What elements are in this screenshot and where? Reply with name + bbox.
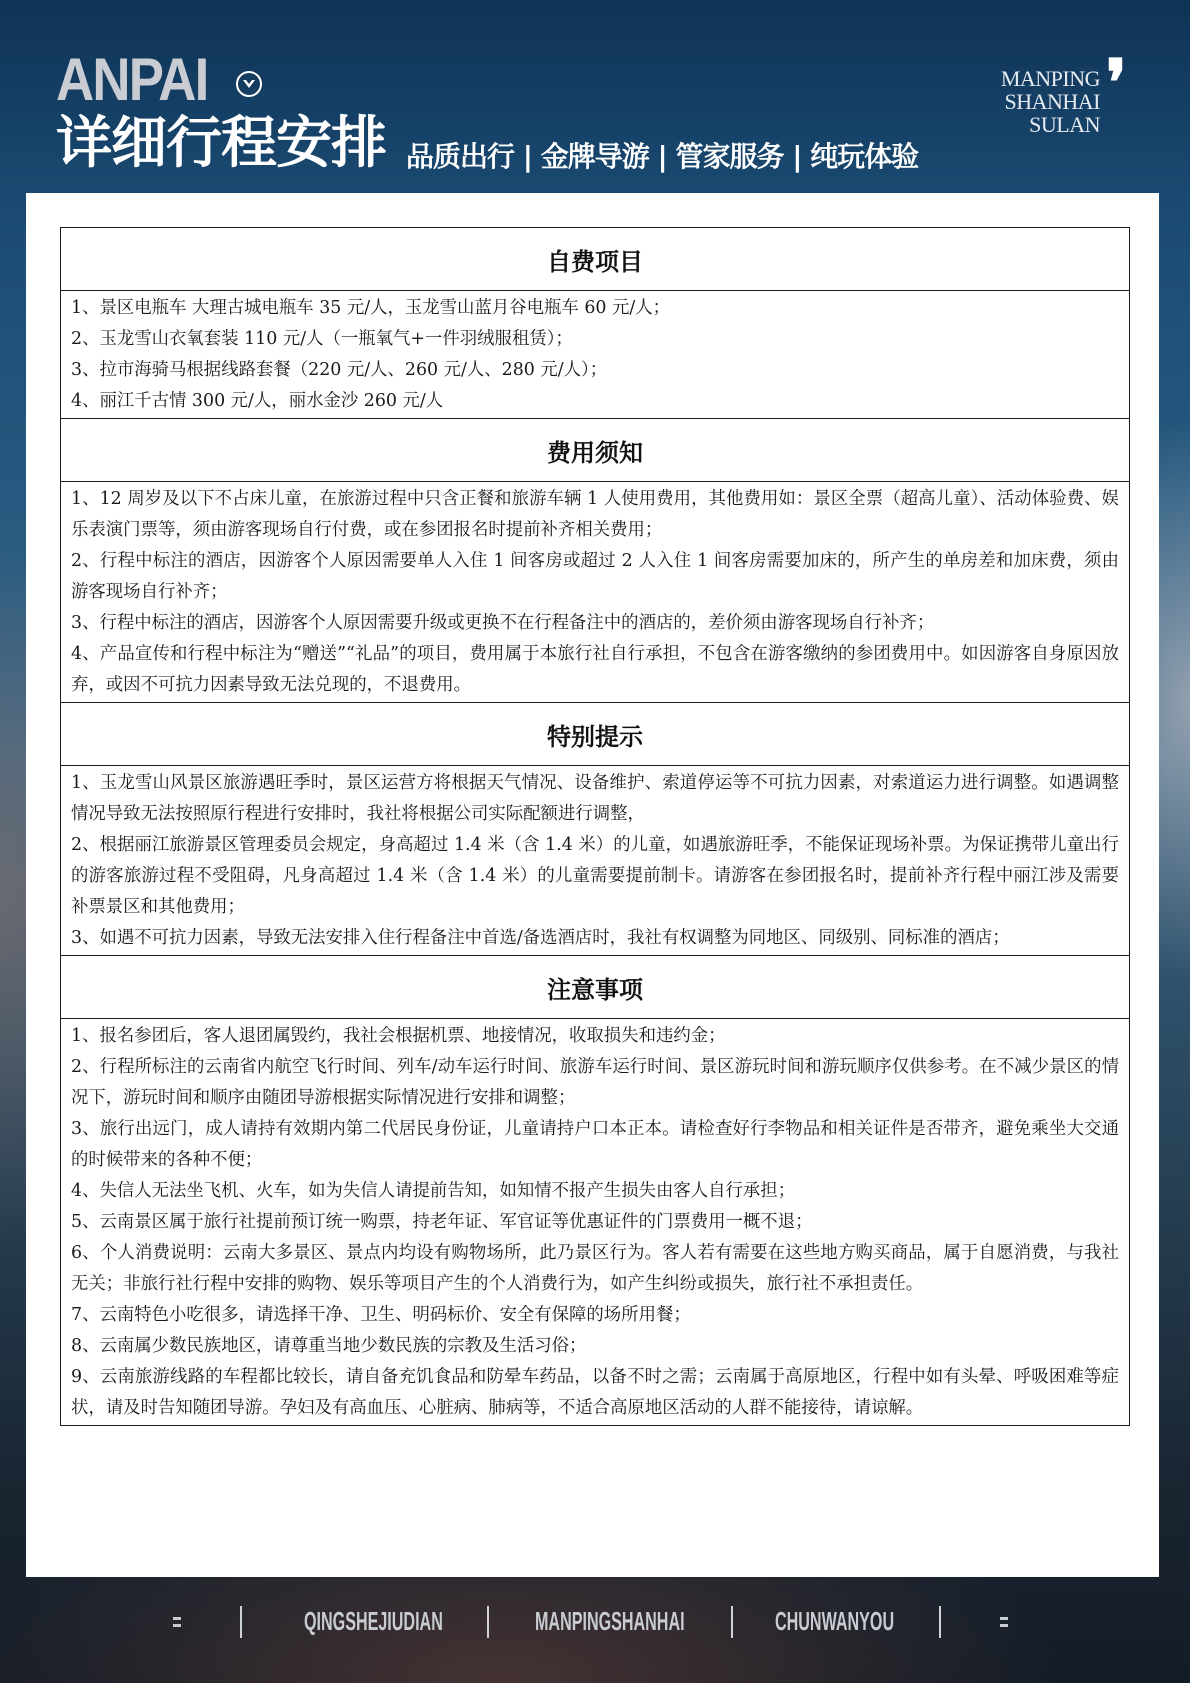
divider [240,1606,242,1638]
side-logo-line: MANPING [1001,67,1100,90]
brand-en: ANPAI [56,52,208,108]
divider [731,1606,733,1638]
section-body-self-paid: 1、景区电瓶车 大理古城电瓶车 35 元/人，玉龙雪山蓝月谷电瓶车 60 元/人… [61,291,1129,419]
section-title-precautions: 注意事项 [61,956,1129,1019]
list-item: 2、行程所标注的云南省内航空飞行时间、列车/动车运行时间、旅游车运行时间、景区游… [71,1052,1119,1114]
footer-item: MANPINGSHANHAI [535,1606,685,1636]
section-title-self-paid: 自费项目 [61,228,1129,291]
list-item: 4、失信人无法坐飞机、火车，如为失信人请提前告知，如知情不报产生损失由客人自行承… [71,1176,1119,1207]
side-logo-line: SULAN [1001,113,1100,136]
section-body-precautions: 1、报名参团后，客人退团属毁约，我社会根据机票、地接情况，收取损失和违约金； 2… [61,1019,1129,1425]
divider [487,1606,489,1638]
tagline: 品质出行 | 金牌导游 | 管家服务 | 纯玩体验 [406,140,918,174]
equals-icon [1000,1617,1008,1627]
list-item: 1、12 周岁及以下不占床儿童，在旅游过程中只含正餐和旅游车辆 1 人使用费用，… [71,484,1119,546]
list-item: 3、拉市海骑马根据线路套餐（220 元/人、260 元/人、280 元/人）； [71,355,1119,386]
list-item: 4、丽江千古情 300 元/人，丽水金沙 260 元/人 [71,386,1119,417]
list-item: 7、云南特色小吃很多，请选择干净、卫生、明码标价、安全有保障的场所用餐； [71,1300,1119,1331]
section-title-fee-notice: 费用须知 [61,419,1129,482]
section-body-fee-notice: 1、12 周岁及以下不占床儿童，在旅游过程中只含正餐和旅游车辆 1 人使用费用，… [61,482,1129,703]
list-item: 6、个人消费说明：云南大多景区、景点内均设有购物场所，此乃景区行为。客人若有需要… [71,1238,1119,1300]
footer-item: CHUNWANYOU [775,1606,894,1636]
footer-item: QINGSHEJIUDIAN [304,1606,443,1636]
list-item: 5、云南景区属于旅行社提前预订统一购票，持老年证、军官证等优惠证件的门票费用一概… [71,1207,1119,1238]
list-item: 1、玉龙雪山风景区旅游遇旺季时，景区运营方将根据天气情况、设备维护、索道停运等不… [71,768,1119,830]
side-logo-line: SHANHAI [1001,90,1100,113]
page-title: 详细行程安排 [56,112,386,176]
list-item: 3、如遇不可抗力因素，导致无法安排入住行程备注中首选/备选酒店时，我社有权调整为… [71,923,1119,954]
info-table: 自费项目 1、景区电瓶车 大理古城电瓶车 35 元/人，玉龙雪山蓝月谷电瓶车 6… [60,227,1130,1426]
document-paper: 自费项目 1、景区电瓶车 大理古城电瓶车 35 元/人，玉龙雪山蓝月谷电瓶车 6… [26,193,1159,1577]
list-item: 4、产品宣传和行程中标注为“赠送”“礼品”的项目，费用属于本旅行社自行承担，不包… [71,639,1119,701]
section-body-special-tips: 1、玉龙雪山风景区旅游遇旺季时，景区运营方将根据天气情况、设备维护、索道停运等不… [61,766,1129,956]
list-item: 3、行程中标注的酒店，因游客个人原因需要升级或更换不在行程备注中的酒店的，差价须… [71,608,1119,639]
list-item: 2、玉龙雪山衣氧套装 110 元/人（一瓶氧气+一件羽绒服租赁）； [71,324,1119,355]
list-item: 8、云南属少数民族地区，请尊重当地少数民族的宗教及生活习俗； [71,1331,1119,1362]
section-title-special-tips: 特别提示 [61,703,1129,766]
list-item: 9、云南旅游线路的车程都比较长，请自备充饥食品和防晕车药品，以备不时之需；云南属… [71,1362,1119,1424]
header: ANPAI 详细行程安排 品质出行 | 金牌导游 | 管家服务 | 纯玩体验 M… [0,0,1190,192]
comma-mark-icon: ❜ [1106,52,1127,116]
list-item: 1、报名参团后，客人退团属毁约，我社会根据机票、地接情况，收取损失和违约金； [71,1021,1119,1052]
list-item: 1、景区电瓶车 大理古城电瓶车 35 元/人，玉龙雪山蓝月谷电瓶车 60 元/人… [71,293,1119,324]
chevron-down-circle-icon [236,71,262,97]
side-logo: MANPING SHANHAI SULAN [1001,67,1100,136]
list-item: 2、行程中标注的酒店，因游客个人原因需要单人入住 1 间客房或超过 2 人入住 … [71,546,1119,608]
footer-bar: QINGSHEJIUDIAN MANPINGSHANHAI CHUNWANYOU [0,1590,1190,1650]
divider [939,1606,941,1638]
list-item: 3、旅行出远门，成人请持有效期内第二代居民身份证，儿童请持户口本正本。请检查好行… [71,1114,1119,1176]
list-item: 2、根据丽江旅游景区管理委员会规定，身高超过 1.4 米（含 1.4 米）的儿童… [71,830,1119,923]
equals-icon [173,1617,181,1627]
